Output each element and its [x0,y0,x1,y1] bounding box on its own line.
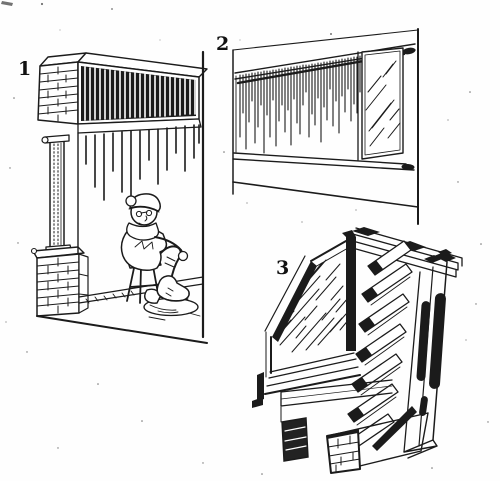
speck [202,462,203,463]
figure-1-air-curtain-doorway: 1 [18,52,207,343]
speck [355,209,356,210]
speck [475,303,476,304]
speck [60,30,61,31]
capital-scroll [42,137,48,143]
person-on-stool [121,194,200,320]
figure-3-number: 3 [276,257,289,279]
speck [465,339,466,340]
column-edges [50,142,64,247]
speck [261,473,263,475]
cap-curl [126,196,136,206]
figure-1-number: 1 [18,58,31,80]
speck [431,467,433,469]
sill-lines [267,353,358,386]
air-stream-lines [240,56,360,153]
speck [97,383,99,385]
speck [9,167,10,168]
column-flute-ticks [54,144,58,246]
speck [240,40,241,41]
gasket-seal-inner [416,301,431,381]
speck [457,181,458,182]
speck [26,351,27,352]
ceiling-edge [233,30,418,50]
speck [141,420,143,422]
figure-2-air-curtain-window: 2 [216,29,418,224]
frame-bar-vertical [346,237,356,351]
speck [5,321,6,322]
lower-wall-edge [233,182,418,207]
floor-outer-edge [37,316,207,343]
speck [480,243,482,245]
speck [330,33,332,35]
pedestal-side [79,254,88,313]
gasket-seal-outer [429,293,447,390]
line-art-canvas: 1 [0,0,500,481]
speck [469,91,471,93]
head-frame-edge [311,241,346,261]
column-capital [45,135,69,143]
trouser-ticks [165,257,175,267]
speck [111,8,113,10]
air-stream-lines [86,125,199,203]
scanned-illustration-page: 1 [0,0,500,481]
speck [223,151,225,153]
speck [246,202,247,203]
speck [13,97,15,99]
mitt-hand [179,252,188,261]
speck [41,3,43,5]
speck [301,221,302,222]
member-bottom-face [404,440,437,458]
pedestal-scroll [32,249,37,254]
scan-mark [1,1,13,6]
glass-pane-frame [362,48,403,159]
speck [447,119,448,120]
figure-2-number: 2 [216,33,229,55]
speck [160,40,161,41]
speck [487,421,488,422]
speck [17,242,18,243]
head-frame-inner [315,248,348,267]
figure-3-vent-unit-cutaway: 3 [252,227,462,473]
speck [57,447,58,448]
